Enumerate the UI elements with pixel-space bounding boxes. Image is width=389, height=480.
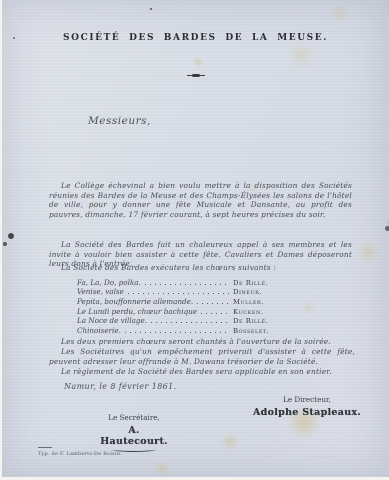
piece-title: Fa, La, Do, polka. bbox=[77, 278, 141, 287]
piece-composer: Bosselet. bbox=[233, 327, 291, 335]
piece-title: Venise, valse bbox=[77, 287, 124, 296]
program-row: Venise, valse Dineur. bbox=[77, 287, 291, 297]
note-opening-choirs: Les deux premiers chœurs seront chantés … bbox=[49, 337, 355, 347]
hole-punch bbox=[8, 233, 14, 239]
secretary-role: Le Secrétaire, bbox=[94, 413, 174, 422]
ink-speck bbox=[13, 37, 15, 39]
dateline: Namur, le 8 février 1861. bbox=[64, 382, 177, 391]
dot-leader bbox=[201, 313, 229, 314]
piece-composer: Muller. bbox=[233, 298, 291, 306]
dot-leader bbox=[151, 322, 229, 323]
ink-speck bbox=[385, 226, 389, 231]
program-list: Fa, La, Do, polka. De Rillé. Venise, val… bbox=[77, 277, 291, 335]
signature-secretary: Le Secrétaire, A. Hautecourt. bbox=[94, 413, 174, 452]
letter-title: SOCIÉTÉ DES BARDES DE LA MEUSE. bbox=[2, 33, 389, 43]
signature-director: Le Directeur, Adolphe Stapleaux. bbox=[252, 395, 362, 418]
note-reglement: Le règlement de la Société des Bardes se… bbox=[49, 367, 355, 377]
director-role: Le Directeur, bbox=[252, 395, 362, 404]
program-row: Chinoiserie. Bosselet. bbox=[77, 325, 291, 335]
program-row: Fa, La, Do, polka. De Rillé. bbox=[77, 277, 291, 287]
director-name: Adolphe Stapleaux. bbox=[252, 407, 362, 418]
hole-punch bbox=[3, 242, 7, 246]
closing-notes: Les deux premiers chœurs seront chantés … bbox=[49, 337, 355, 377]
imprint-rule bbox=[38, 447, 52, 448]
piece-title: Pepita, bouffonnerie allemande. bbox=[77, 297, 193, 306]
piece-composer: De Rillé. bbox=[233, 279, 291, 287]
scanned-letter-page: SOCIÉTÉ DES BARDES DE LA MEUSE. Messieur… bbox=[2, 0, 389, 477]
title-divider bbox=[187, 75, 205, 76]
piece-title: La Noce de village. bbox=[77, 316, 147, 325]
piece-title: Le Lundi perdu, chœur bachique bbox=[77, 307, 197, 316]
body-paragraph-1: Le Collège échevinal a bien voulu mettre… bbox=[49, 181, 352, 220]
piece-composer: Kucken. bbox=[233, 308, 291, 316]
dot-leader bbox=[128, 293, 229, 294]
piece-composer: De Rillé. bbox=[233, 317, 291, 325]
program-row: Pepita, bouffonnerie allemande. Muller. bbox=[77, 296, 291, 306]
program-intro: La Société des Bardes exécutera les chœu… bbox=[49, 263, 352, 273]
piece-title: Chinoiserie. bbox=[77, 326, 121, 335]
dot-leader bbox=[125, 332, 229, 333]
piece-composer: Dineur. bbox=[233, 288, 291, 296]
note-offering: Les Sociétaires qu'un empêchement priver… bbox=[49, 347, 355, 367]
salutation: Messieurs, bbox=[88, 115, 151, 127]
program-row: Le Lundi perdu, chœur bachique Kucken. bbox=[77, 306, 291, 316]
dot-leader bbox=[145, 284, 229, 285]
dot-leader bbox=[197, 303, 229, 304]
program-row: La Noce de village. De Rillé. bbox=[77, 316, 291, 326]
ink-speck bbox=[150, 8, 152, 10]
secretary-name: A. Hautecourt. bbox=[94, 425, 174, 447]
printer-imprint: Typ. de F. Lamberts-De Roisin. bbox=[38, 451, 122, 457]
